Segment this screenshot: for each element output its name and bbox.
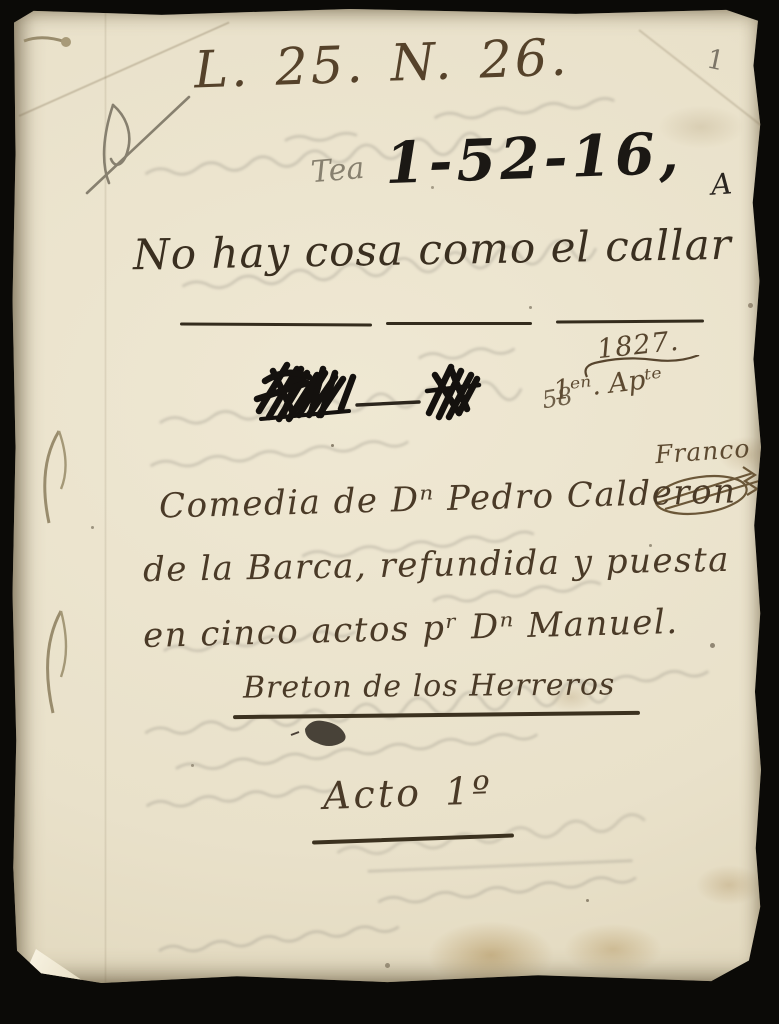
ink-scribble: [251, 351, 486, 431]
prompter-note: 1ᵉⁿ. Apᵗᵉ: [552, 362, 665, 406]
act-heading: Acto 1º: [322, 768, 493, 818]
crease-line: [638, 29, 773, 135]
title-underline: [180, 322, 372, 326]
pencil-check-mark: [79, 93, 194, 198]
attribution-line-2: de la Barca, refundida y puesta: [143, 540, 731, 590]
title-underline: [556, 319, 704, 323]
attribution-line-3: en cinco actos pʳ Dⁿ Manuel.: [143, 602, 679, 656]
folio-number: 1: [704, 44, 727, 78]
play-title: No hay cosa como el callar: [133, 220, 733, 279]
collection-label: Tea: [310, 151, 366, 191]
binding-stitch: [20, 25, 80, 55]
corner-curl: [29, 949, 99, 1001]
foxing-specks: [331, 444, 334, 447]
manuscript-page: 1 L. 25. N. 26. Tea 1-52-16, A No hay co…: [11, 7, 764, 985]
binding-stitch: [25, 427, 69, 527]
act-underline: [312, 833, 514, 844]
ink-blot: [289, 713, 351, 749]
binding-stitch: [27, 607, 71, 717]
collection-number: 1-52-16,: [384, 120, 684, 197]
attribution-line-4: Breton de los Herreros: [243, 667, 616, 705]
photo-background: 1 L. 25. N. 26. Tea 1-52-16, A No hay co…: [0, 0, 779, 1024]
collection-suffix: A: [710, 166, 733, 201]
title-underline: [386, 322, 532, 325]
shelfmark: L. 25. N. 26.: [193, 28, 570, 100]
